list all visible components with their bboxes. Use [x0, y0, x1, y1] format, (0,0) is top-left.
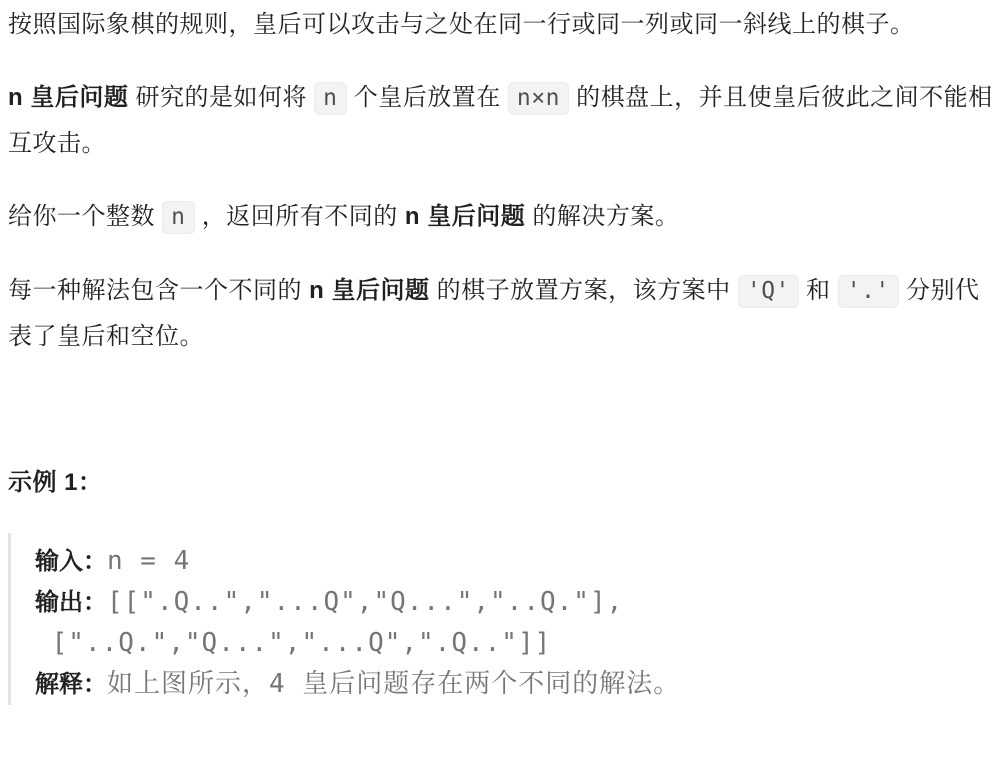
- blank-line: [8, 387, 1000, 460]
- paragraph-rules: 按照国际象棋的规则，皇后可以攻击与之处在同一行或同一列或同一斜线上的棋子。: [8, 2, 1000, 47]
- inline-code-n: n: [162, 201, 194, 234]
- example-1-heading: 示例 1：: [8, 460, 1000, 505]
- example-1-block: 输入：n = 4 输出：[[".Q..","...Q","Q...","..Q.…: [8, 533, 1000, 705]
- problem-description: 按照国际象棋的规则，皇后可以攻击与之处在同一行或同一列或同一斜线上的棋子。 n …: [8, 2, 1000, 705]
- output-label: 输出：: [35, 589, 107, 616]
- paragraph-problem-statement: n 皇后问题 研究的是如何将 n 个皇后放置在 n×n 的棋盘上，并且使皇后彼此…: [8, 75, 1000, 166]
- inline-code-n: n: [314, 82, 346, 115]
- example-input-line: 输入：n = 4: [35, 541, 1000, 582]
- paragraph-notation: 每一种解法包含一个不同的 n 皇后问题 的棋子放置方案，该方案中 'Q' 和 '…: [8, 268, 1000, 359]
- paragraph-task: 给你一个整数 n ，返回所有不同的 n 皇后问题 的解决方案。: [8, 194, 1000, 240]
- input-value: n = 4: [107, 546, 190, 576]
- inline-code-dot: '.': [838, 275, 899, 308]
- output-value-part2: ["..Q.","Q...","...Q",".Q.."]]: [35, 628, 551, 658]
- inline-code-nxn: n×n: [508, 82, 569, 115]
- inline-code-queen: 'Q': [738, 275, 799, 308]
- input-label: 输入：: [35, 548, 107, 575]
- example-output-line: 输出：[[".Q..","...Q","Q...","..Q."],: [35, 582, 1000, 623]
- explanation-value: 如上图所示，4 皇后问题存在两个不同的解法。: [107, 669, 680, 699]
- bold-n-queens: n 皇后问题: [309, 277, 429, 304]
- example-output-continuation: ["..Q.","Q...","...Q",".Q.."]]: [35, 623, 1000, 664]
- paragraph-text: 按照国际象棋的规则，皇后可以攻击与之处在同一行或同一列或同一斜线上的棋子。: [8, 11, 915, 38]
- output-value-part1: [[".Q..","...Q","Q...","..Q."],: [107, 587, 623, 617]
- bold-n-queens: n 皇后问题: [405, 203, 525, 230]
- bold-n-queens: n 皇后问题: [8, 84, 128, 111]
- example-explanation-line: 解释：如上图所示，4 皇后问题存在两个不同的解法。: [35, 664, 1000, 705]
- explanation-label: 解释：: [35, 671, 107, 698]
